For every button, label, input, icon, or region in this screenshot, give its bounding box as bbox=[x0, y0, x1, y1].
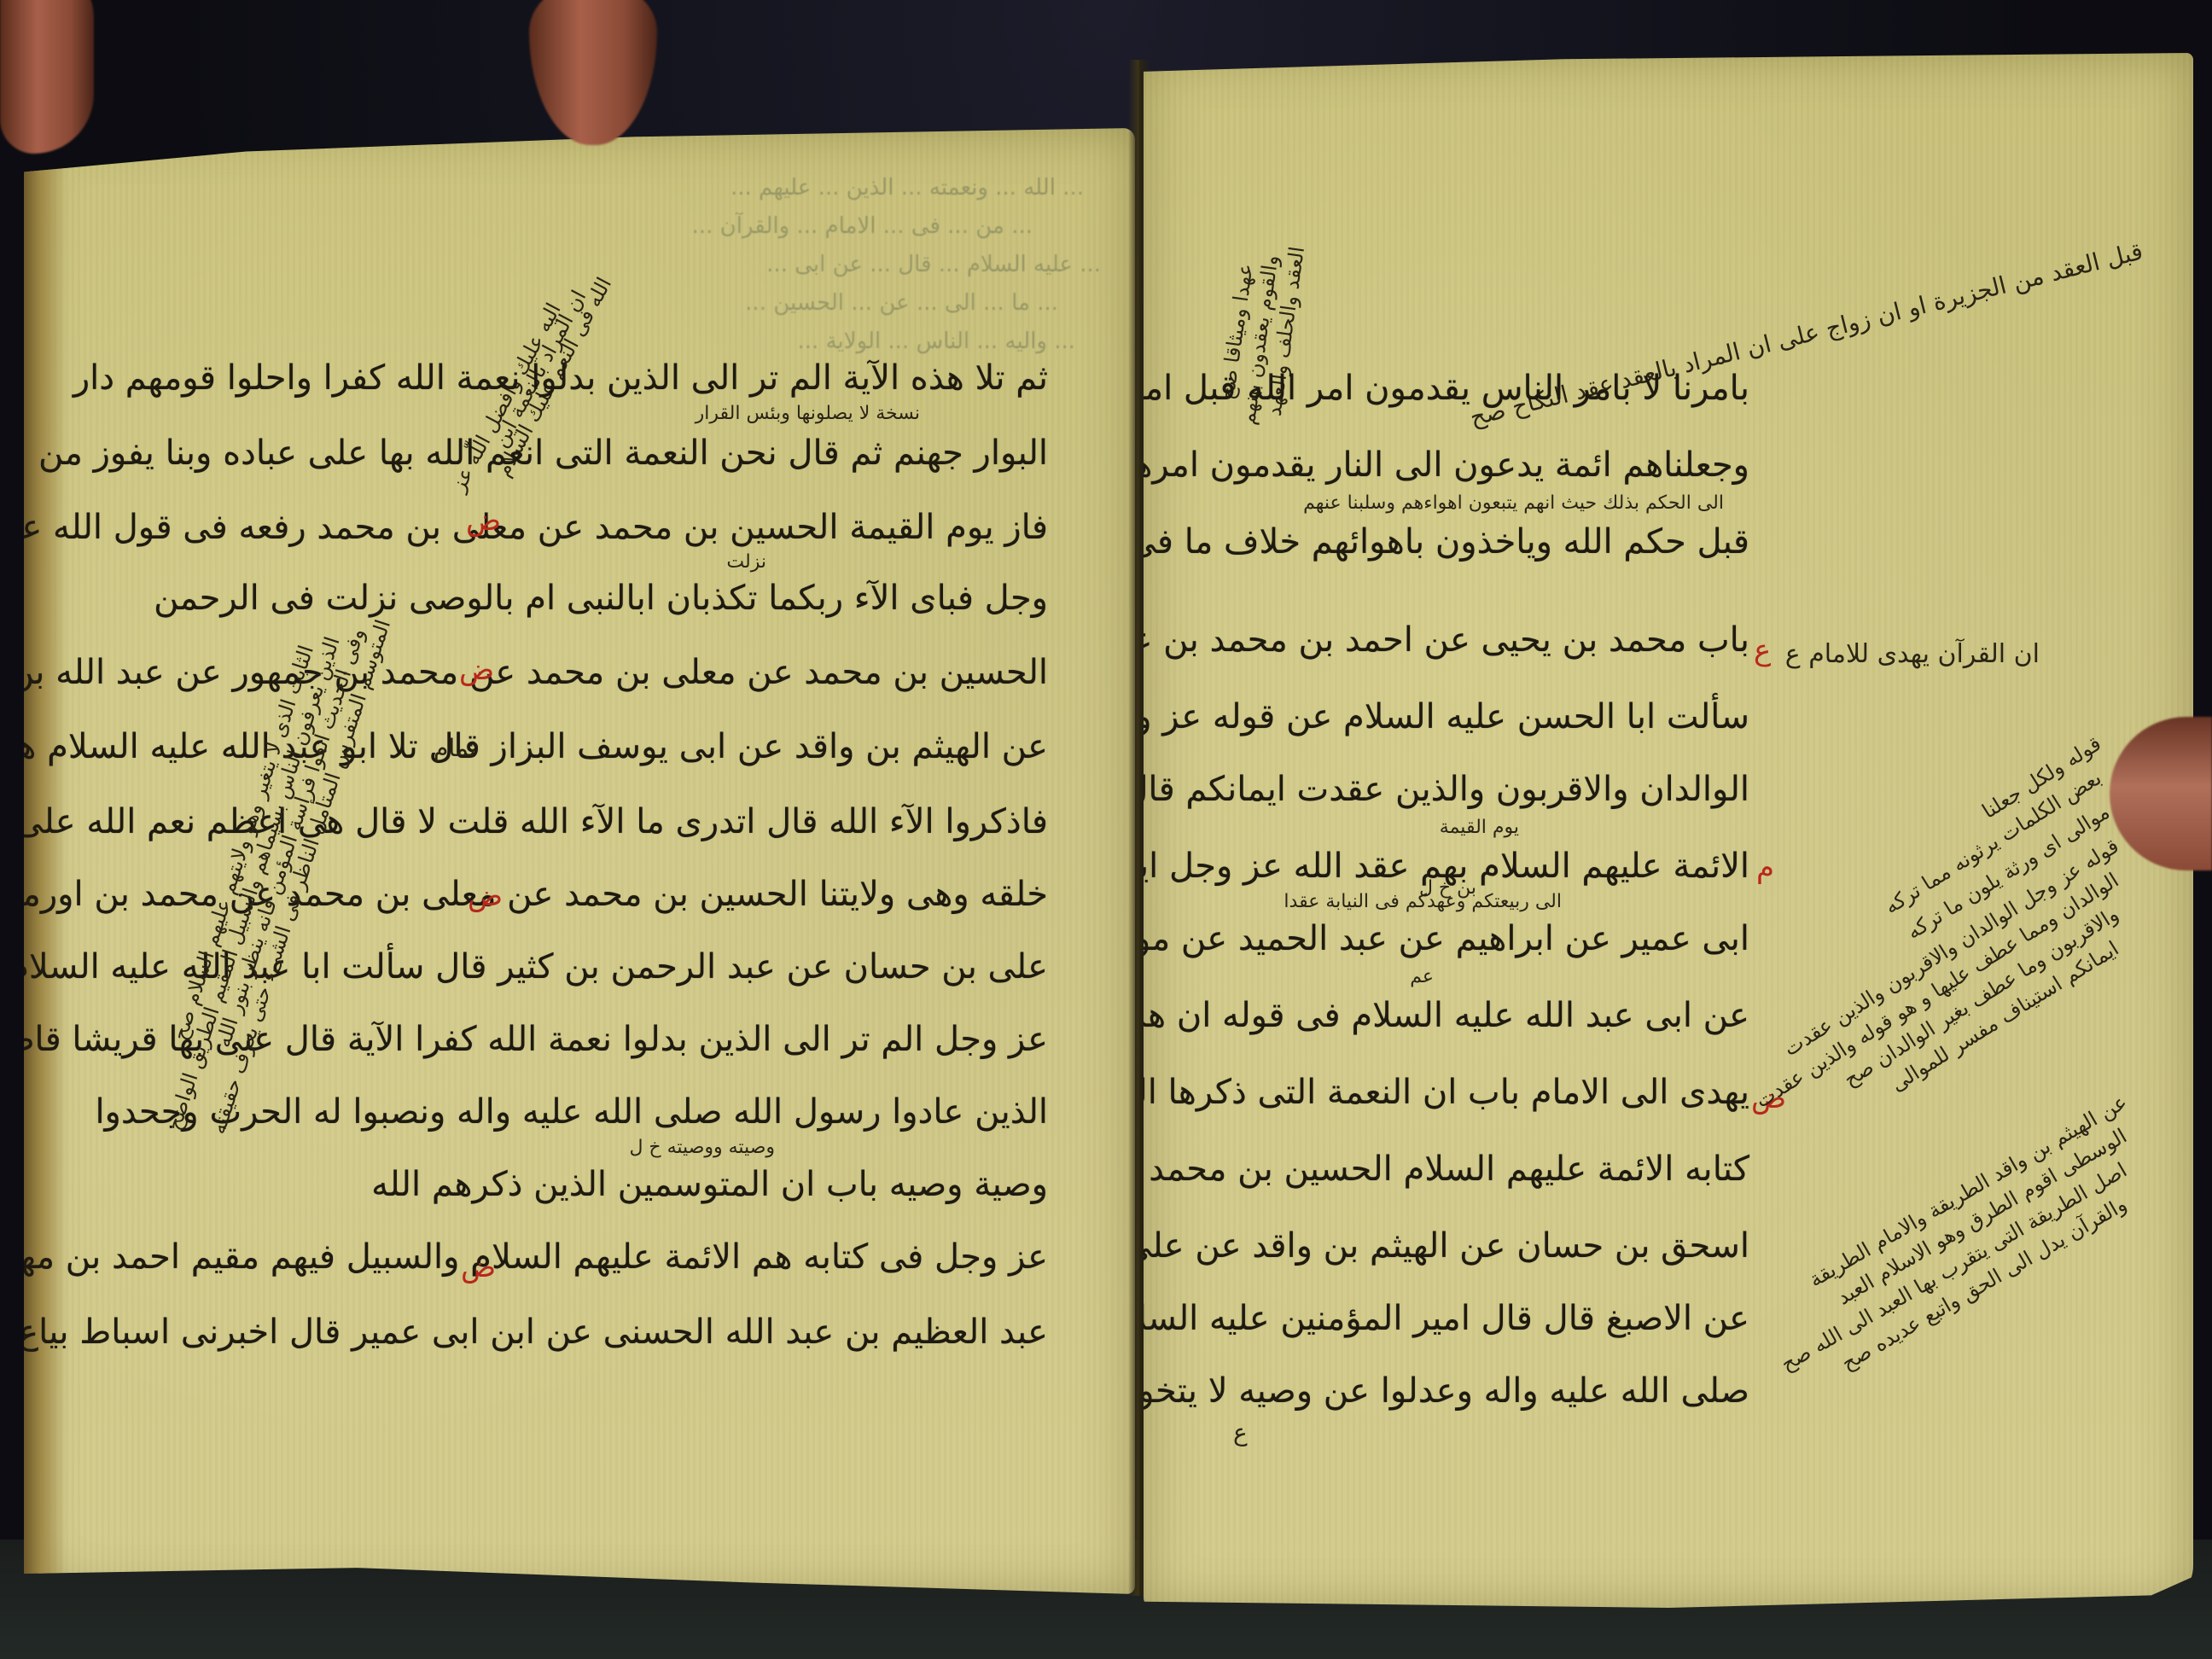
rubric-mark: ع bbox=[1754, 633, 1771, 667]
hand-finger bbox=[529, 0, 657, 145]
text-line: عز وجل الم تر الى الذين بدلوا نعمة الله … bbox=[0, 1020, 1048, 1059]
rubric-mark: ض bbox=[466, 504, 501, 538]
interlinear-note: نزلت bbox=[726, 551, 766, 573]
bleed-through-text: ... عليه السلام ... قال ... عن ابى ... bbox=[766, 252, 1101, 277]
rubric-mark: ض bbox=[461, 1250, 496, 1284]
text-line: الحسين بن محمد عن معلى بن محمد عن محمد ب… bbox=[0, 653, 1048, 692]
interlinear-note: بن خ ل bbox=[1419, 877, 1476, 899]
text-line: عز وجل فى كتابه هم الائمة عليهم السلام و… bbox=[0, 1237, 1048, 1277]
right-manuscript-page: قبل العقد من الجزيرة او ان زواج على ان ا… bbox=[1144, 53, 2193, 1608]
text-line: عن الهيثم بن واقد عن ابى يوسف البزاز قال… bbox=[0, 727, 1048, 766]
rubric-mark: م bbox=[1756, 851, 1774, 885]
text-line: على بن حسان عن عبد الرحمن بن كثير قال سأ… bbox=[0, 947, 1048, 987]
bleed-through-text: ... الله ... ونعمته ... الذين ... عليهم … bbox=[731, 175, 1084, 201]
interlinear-note: الى الحكم بذلك حيث انهم يتبعون اهواءهم و… bbox=[1303, 492, 1724, 514]
interlinear-note: وصيته ووصيته خ ل bbox=[629, 1137, 775, 1158]
left-main-text: ثم تلا هذه الآية الم تر الى الذين بدلوا … bbox=[468, 358, 1048, 1468]
bleed-through-text: ... ما ... الى ... عن ... الحسين ... bbox=[745, 290, 1058, 316]
text-line: خلقه وهى ولايتنا الحسين بن محمد عن معلى … bbox=[0, 875, 1048, 914]
interlinear-note: عم bbox=[1410, 966, 1434, 987]
folio-mark: ع bbox=[1233, 1418, 1248, 1447]
text-line: وجل فباى الآء ربكما تكذبان ابالنبى ام با… bbox=[154, 579, 1048, 618]
text-line: فاز يوم القيمة الحسين بن محمد عن معلى بن… bbox=[3, 508, 1048, 547]
text-line: البوار جهنم ثم قال نحن النعمة التى انعم … bbox=[38, 434, 1048, 473]
right-main-text: بامرنا لا بامر الناس يقدمون امر الله قبل… bbox=[1178, 369, 1749, 1478]
rubric-mark: ض bbox=[459, 653, 494, 687]
rubric-mark: ض bbox=[468, 879, 503, 913]
text-line: وصية وصيه باب ان المتوسمين الذين ذكرهم ا… bbox=[371, 1165, 1048, 1204]
hand-finger bbox=[0, 0, 94, 154]
text-line: فاذكروا الآء الله قال اتدرى ما الآء الله… bbox=[15, 802, 1048, 841]
text-line: عبد العظيم بن عبد الله الحسنى عن ابن ابى… bbox=[18, 1313, 1048, 1352]
bleed-through-text: ... من ... فى ... الامام ... والقرآن ... bbox=[692, 213, 1033, 239]
interlinear-note: نسخة لا يصلونها وبئس القرار bbox=[696, 403, 920, 424]
side-mark: تمام bbox=[434, 734, 476, 762]
interlinear-note: يوم القيمة bbox=[1440, 817, 1519, 838]
bleed-through-text: ... واليه ... الناس ... الولاية ... bbox=[798, 329, 1075, 354]
left-manuscript-page: ... الله ... ونعمته ... الذين ... عليهم … bbox=[24, 128, 1135, 1594]
margin-heading: ان القرآن يهدى للامام ع bbox=[1785, 640, 2040, 669]
text-line: ثم تلا هذه الآية الم تر الى الذين بدلوا … bbox=[73, 358, 1048, 398]
